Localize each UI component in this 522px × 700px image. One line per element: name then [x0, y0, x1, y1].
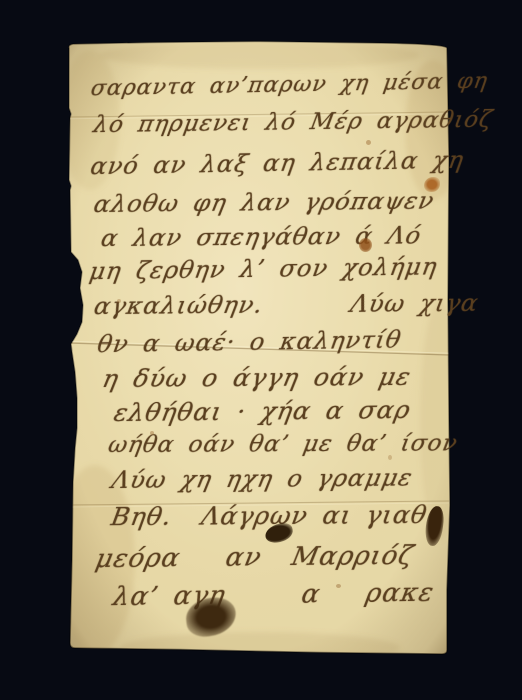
handwritten-line: Βηθ. Λάγρων αι γιαθ	[109, 500, 430, 531]
handwritten-line: ελθήθαι · χήα α σαρ	[112, 395, 414, 427]
handwritten-line: ανό αν λαξ αη λεπαίλα χη	[89, 145, 467, 180]
photo-background: σαραντα αν’παρων χη μέσα φη λό πηρμενει …	[0, 0, 522, 700]
handwritten-line: Λύω χη ηχη ο γραμμε	[109, 463, 415, 494]
handwriting-layer: σαραντα αν’παρων χη μέσα φη λό πηρμενει …	[0, 0, 522, 700]
handwritten-line: θν α ωαέ· ο καληντίθ	[96, 325, 404, 358]
handwritten-line: λό πηρμενει λό Μέρ αγραθιόζ	[91, 106, 495, 138]
handwritten-line: α λαν σπεηγάθαν ά Λό	[99, 221, 424, 252]
handwritten-line: ωήθα οάν θα’ με θα’ ίσον	[106, 430, 460, 458]
handwritten-line: αγκαλιώθην. Λύω χιγα	[92, 289, 481, 320]
handwritten-line: μη ζερθην λ’ σον χολήμη	[87, 252, 439, 285]
handwritten-line: μεόρα αν Μαρριόζ	[93, 541, 417, 574]
handwritten-line: αλοθω φη λαν γρόπαψεν	[91, 186, 437, 218]
handwritten-line: σαραντα αν’παρων χη μέσα φη	[89, 68, 490, 101]
handwritten-line: η δύω ο άγγη οάν με	[100, 362, 414, 393]
handwritten-line: λα’ αγη α ρακε	[111, 578, 437, 613]
